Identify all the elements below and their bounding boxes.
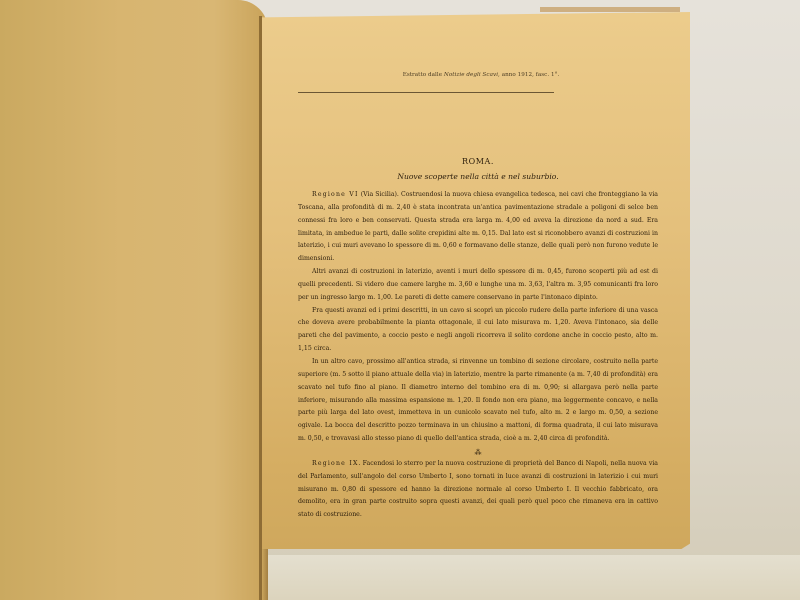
section-separator: ⁂ [298,448,658,458]
paragraph: In un altro cavo, prossimo all'antica st… [298,356,658,446]
running-head-journal: Notizie degli Scavi [444,72,498,78]
region-label: Regione VI [312,191,359,198]
left-page-verso [0,0,268,600]
page-top-edge [540,7,680,12]
running-head-prefix: Estratto dalle [403,72,444,78]
table-surface [260,555,800,600]
paragraph: Altri avanzi di costruzioni in laterizio… [298,266,658,305]
page-title: ROMA. [298,157,658,166]
book-gutter [259,16,262,600]
paragraph-regione-ix: Regione IX. Facendosi lo sterro per la n… [298,458,658,522]
right-page-recto: Estratto dalle Notizie degli Scavi, anno… [262,12,690,549]
region-label: Regione IX [312,460,359,467]
page-subtitle: Nuove scoperte nella città e nel suburbi… [298,172,658,181]
running-head: Estratto dalle Notizie degli Scavi, anno… [316,72,646,78]
header-rule [298,92,554,93]
paragraph-regione-vi-1: Regione VI (Via Sicilia). Costruendosi l… [298,189,658,266]
paragraph: Fra questi avanzi ed i primi descritti, … [298,305,658,356]
body-text: Regione VI (Via Sicilia). Costruendosi l… [298,189,658,522]
running-head-suffix: , anno 1912, fasc. 1°. [498,72,559,78]
